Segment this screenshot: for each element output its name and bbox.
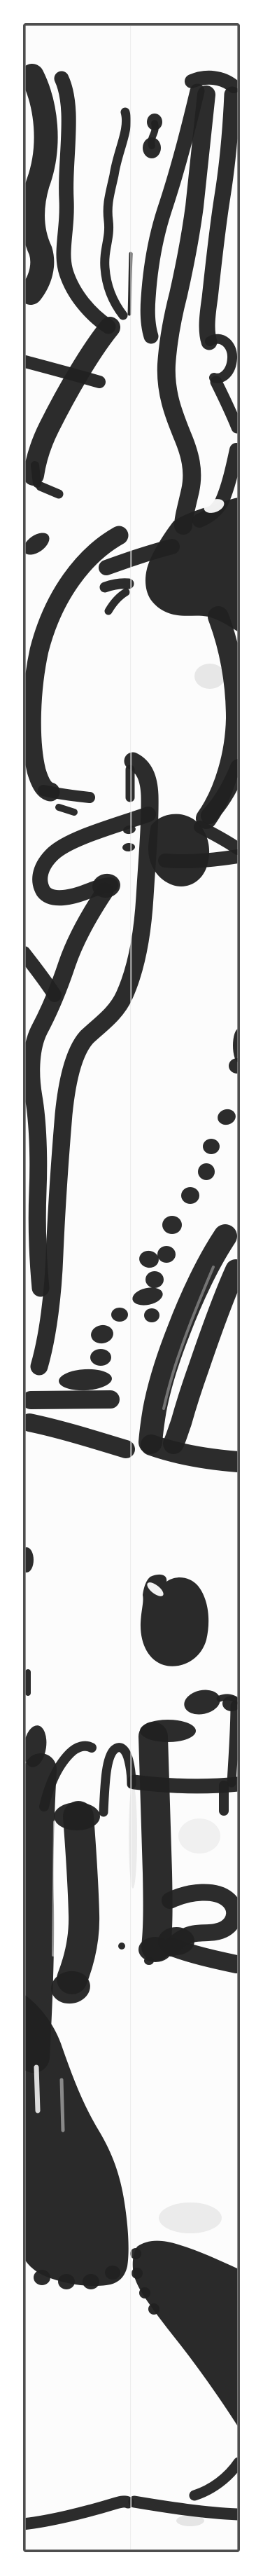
ink-blob-dumbbell-bottom [143, 137, 161, 158]
ink-blob-left-toe-1 [34, 2270, 50, 2285]
ink-stroke-seven-vertical [232, 1706, 235, 1783]
smudge-haze-crease-mid [129, 1783, 137, 1889]
scanned-ink-drawing-page [0, 0, 263, 2576]
highlight-foot-highlight-1 [36, 2067, 38, 2111]
highlight-foot-highlight-2 [62, 2080, 63, 2130]
ink-stroke-mitten-bar-lower [165, 856, 238, 861]
ink-blob-mid-dot [118, 1943, 125, 1950]
ink-stroke-post-3 [153, 1736, 158, 1947]
ink-stroke-ring-arm-lower [105, 584, 129, 587]
ink-blob-right-toe-4 [148, 2303, 159, 2315]
ink-blob-dot-05 [181, 1187, 199, 1204]
ink-blob-dot-06 [162, 1216, 182, 1234]
ink-blob-left-corner-blob [20, 1547, 34, 1573]
highlight-post-seam [53, 1822, 55, 1955]
ink-stroke-ring-bottom-bar [43, 790, 90, 797]
ink-blob-loop-knot [158, 1927, 194, 1955]
ink-stroke-dot-bar-1 [31, 1399, 111, 1400]
ink-blob-dot-14 [90, 1349, 111, 1366]
ink-stroke-post-2 [72, 1816, 84, 1979]
ink-blob-left-toe-2 [58, 2274, 75, 2289]
ink-stroke-post-1 [34, 1769, 41, 2057]
ink-blob-right-toe-3 [139, 2287, 150, 2298]
ink-blob-dot-09 [145, 1271, 164, 1288]
ink-blob-dot-07 [157, 1246, 176, 1263]
ink-blob-right-toe-1 [130, 2248, 141, 2259]
ink-blob-dumbbell-top [147, 114, 162, 130]
ink-stroke-hair-left-edge [31, 76, 46, 293]
ink-blob-small-speck [144, 1957, 154, 1965]
ink-blob-post-2-cap [54, 1802, 100, 1830]
ink-blob-dot-11 [144, 1308, 159, 1322]
ink-stroke-below-ring-dash [59, 807, 74, 812]
ink-blob-dot-12 [111, 1308, 128, 1322]
ink-stroke-trunk-tip [35, 465, 37, 484]
ink-blob-right-toe-2 [131, 2268, 143, 2279]
smudge-haze-ring-area [194, 664, 225, 689]
ink-blob-left-toe-3 [83, 2274, 99, 2289]
smudge-haze-post-right [178, 1818, 220, 1854]
ink-blob-left-toe-4 [105, 2266, 120, 2280]
ink-blob-post-3-cap [140, 1720, 196, 1742]
smudge-haze-right-foot [159, 2202, 222, 2233]
ink-drawing-canvas [0, 0, 263, 2576]
ink-blob-dot-01 [229, 1058, 246, 1074]
ink-blob-dot-03 [203, 1139, 220, 1154]
ink-blob-dot-04 [198, 1163, 215, 1180]
